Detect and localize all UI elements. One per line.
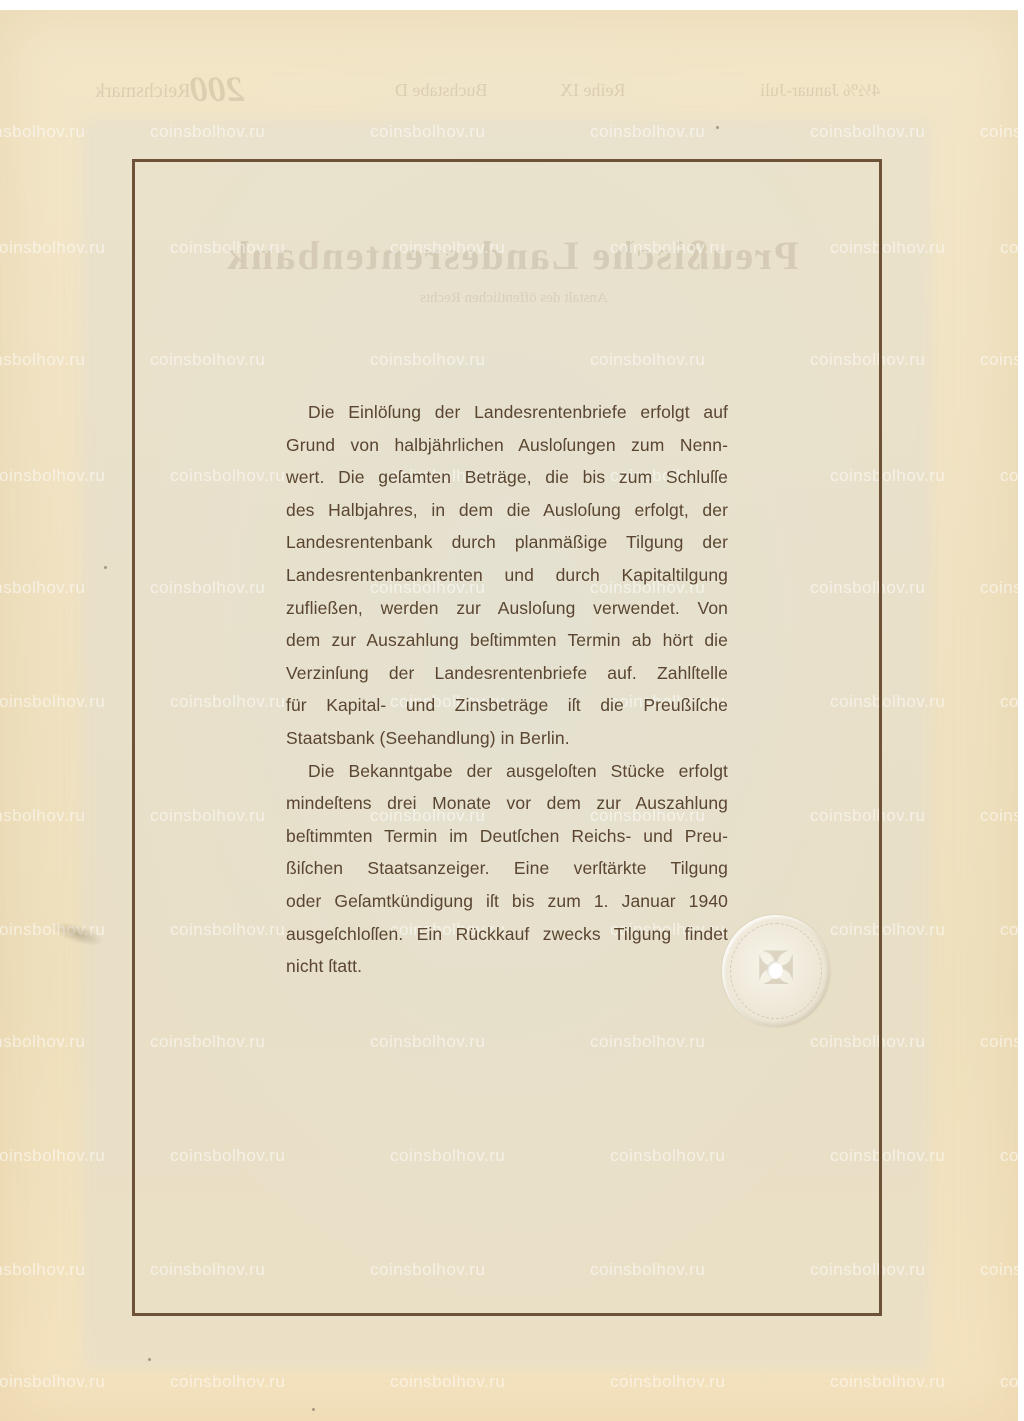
watermark-text: coinsbolhov.ru [1000,466,1024,486]
text-line: des Halbjahres, in dem die Ausloſung erf… [286,494,728,527]
text-line: ßiſchen Staatsanzeiger. Eine verſtärkte … [286,852,728,885]
watermark-text: coinsbolhov.ru [0,122,85,142]
text-line: ausgeſchloſſen. Ein Rückkauf zwecks Tilg… [286,918,728,951]
watermark-text: coinsbolhov.ru [1000,692,1024,712]
text-line: Die Bekanntgabe der ausgeloſten Stücke e… [286,755,728,788]
text-line: mindeſtens drei Monate vor dem zur Ausza… [286,787,728,820]
terms-text: Die Einlöſung der Landesrentenbriefe erf… [286,396,728,983]
watermark-text: coinsbolhov.ru [1000,238,1024,258]
watermark-text: coinsbolhov.ru [1000,1372,1024,1392]
watermark-text: coinsbolhov.ru [980,806,1024,826]
watermark-text: coinsbolhov.ru [0,350,85,370]
paper-speck [312,1408,315,1411]
showthrough-interest: 4½% Januar-Juli [760,80,881,101]
embossed-seal: ✠ [722,915,830,1027]
showthrough-currency: Reichsmark [95,80,191,103]
text-line: Landesrentenbank durch planmäßige Tilgun… [286,526,728,559]
watermark-text: coinsbolhov.ru [0,578,85,598]
watermark-text: coinsbolhov.ru [390,1372,505,1392]
text-line: Staatsbank (Seehandlung) in Berlin. [286,722,728,755]
watermark-text: coinsbolhov.ru [980,1032,1024,1052]
document-page: Reichsmark 200 Buchstabe D Reihe IX 4½% … [0,10,1018,1421]
showthrough-value: 200 [190,68,244,110]
showthrough-series: Reihe IX [560,80,625,101]
text-line: dem zur Auszahlung beſtimmten Termin ab … [286,624,728,657]
watermark-text: coinsbolhov.ru [0,1260,85,1280]
text-line: Landesrentenbankrenten und durch Kapital… [286,559,728,592]
watermark-text: coinsbolhov.ru [980,122,1024,142]
watermark-text: coinsbolhov.ru [0,1372,105,1392]
watermark-text: coinsbolhov.ru [830,1372,945,1392]
showthrough-letter: Buchstabe D [395,80,487,101]
paper-speck [716,126,719,129]
text-line: oder Geſamtkündigung iſt bis zum 1. Janu… [286,885,728,918]
paragraph-announcement: Die Bekanntgabe der ausgeloſten Stücke e… [286,755,728,983]
watermark-text: coinsbolhov.ru [0,1032,85,1052]
watermark-text: coinsbolhov.ru [980,578,1024,598]
text-line: nicht ſtatt. [286,950,728,983]
text-line: Die Einlöſung der Landesrentenbriefe erf… [286,396,728,429]
paragraph-redemption: Die Einlöſung der Landesrentenbriefe erf… [286,396,728,755]
watermark-text: coinsbolhov.ru [980,1260,1024,1280]
text-line: zufließen, werden zur Ausloſung verwende… [286,592,728,625]
paper-speck [148,1358,151,1361]
watermark-text: coinsbolhov.ru [980,350,1024,370]
text-line: wert. Die geſamten Beträge, die bis zum … [286,461,728,494]
watermark-text: coinsbolhov.ru [1000,920,1024,940]
watermark-text: coinsbolhov.ru [610,1372,725,1392]
text-line: Verzinſung der Landesrentenbriefe auf. Z… [286,657,728,690]
text-line: beſtimmten Termin im Deutſchen Reichs- u… [286,820,728,853]
punch-hole [767,961,783,979]
paper-speck [104,566,107,569]
watermark-text: coinsbolhov.ru [170,1372,285,1392]
text-line: für Kapital- und Zinsbeträge iſt die Pre… [286,689,728,722]
watermark-text: coinsbolhov.ru [1000,1146,1024,1166]
text-line: Grund von halbjährlichen Ausloſungen zum… [286,429,728,462]
watermark-text: coinsbolhov.ru [0,806,85,826]
